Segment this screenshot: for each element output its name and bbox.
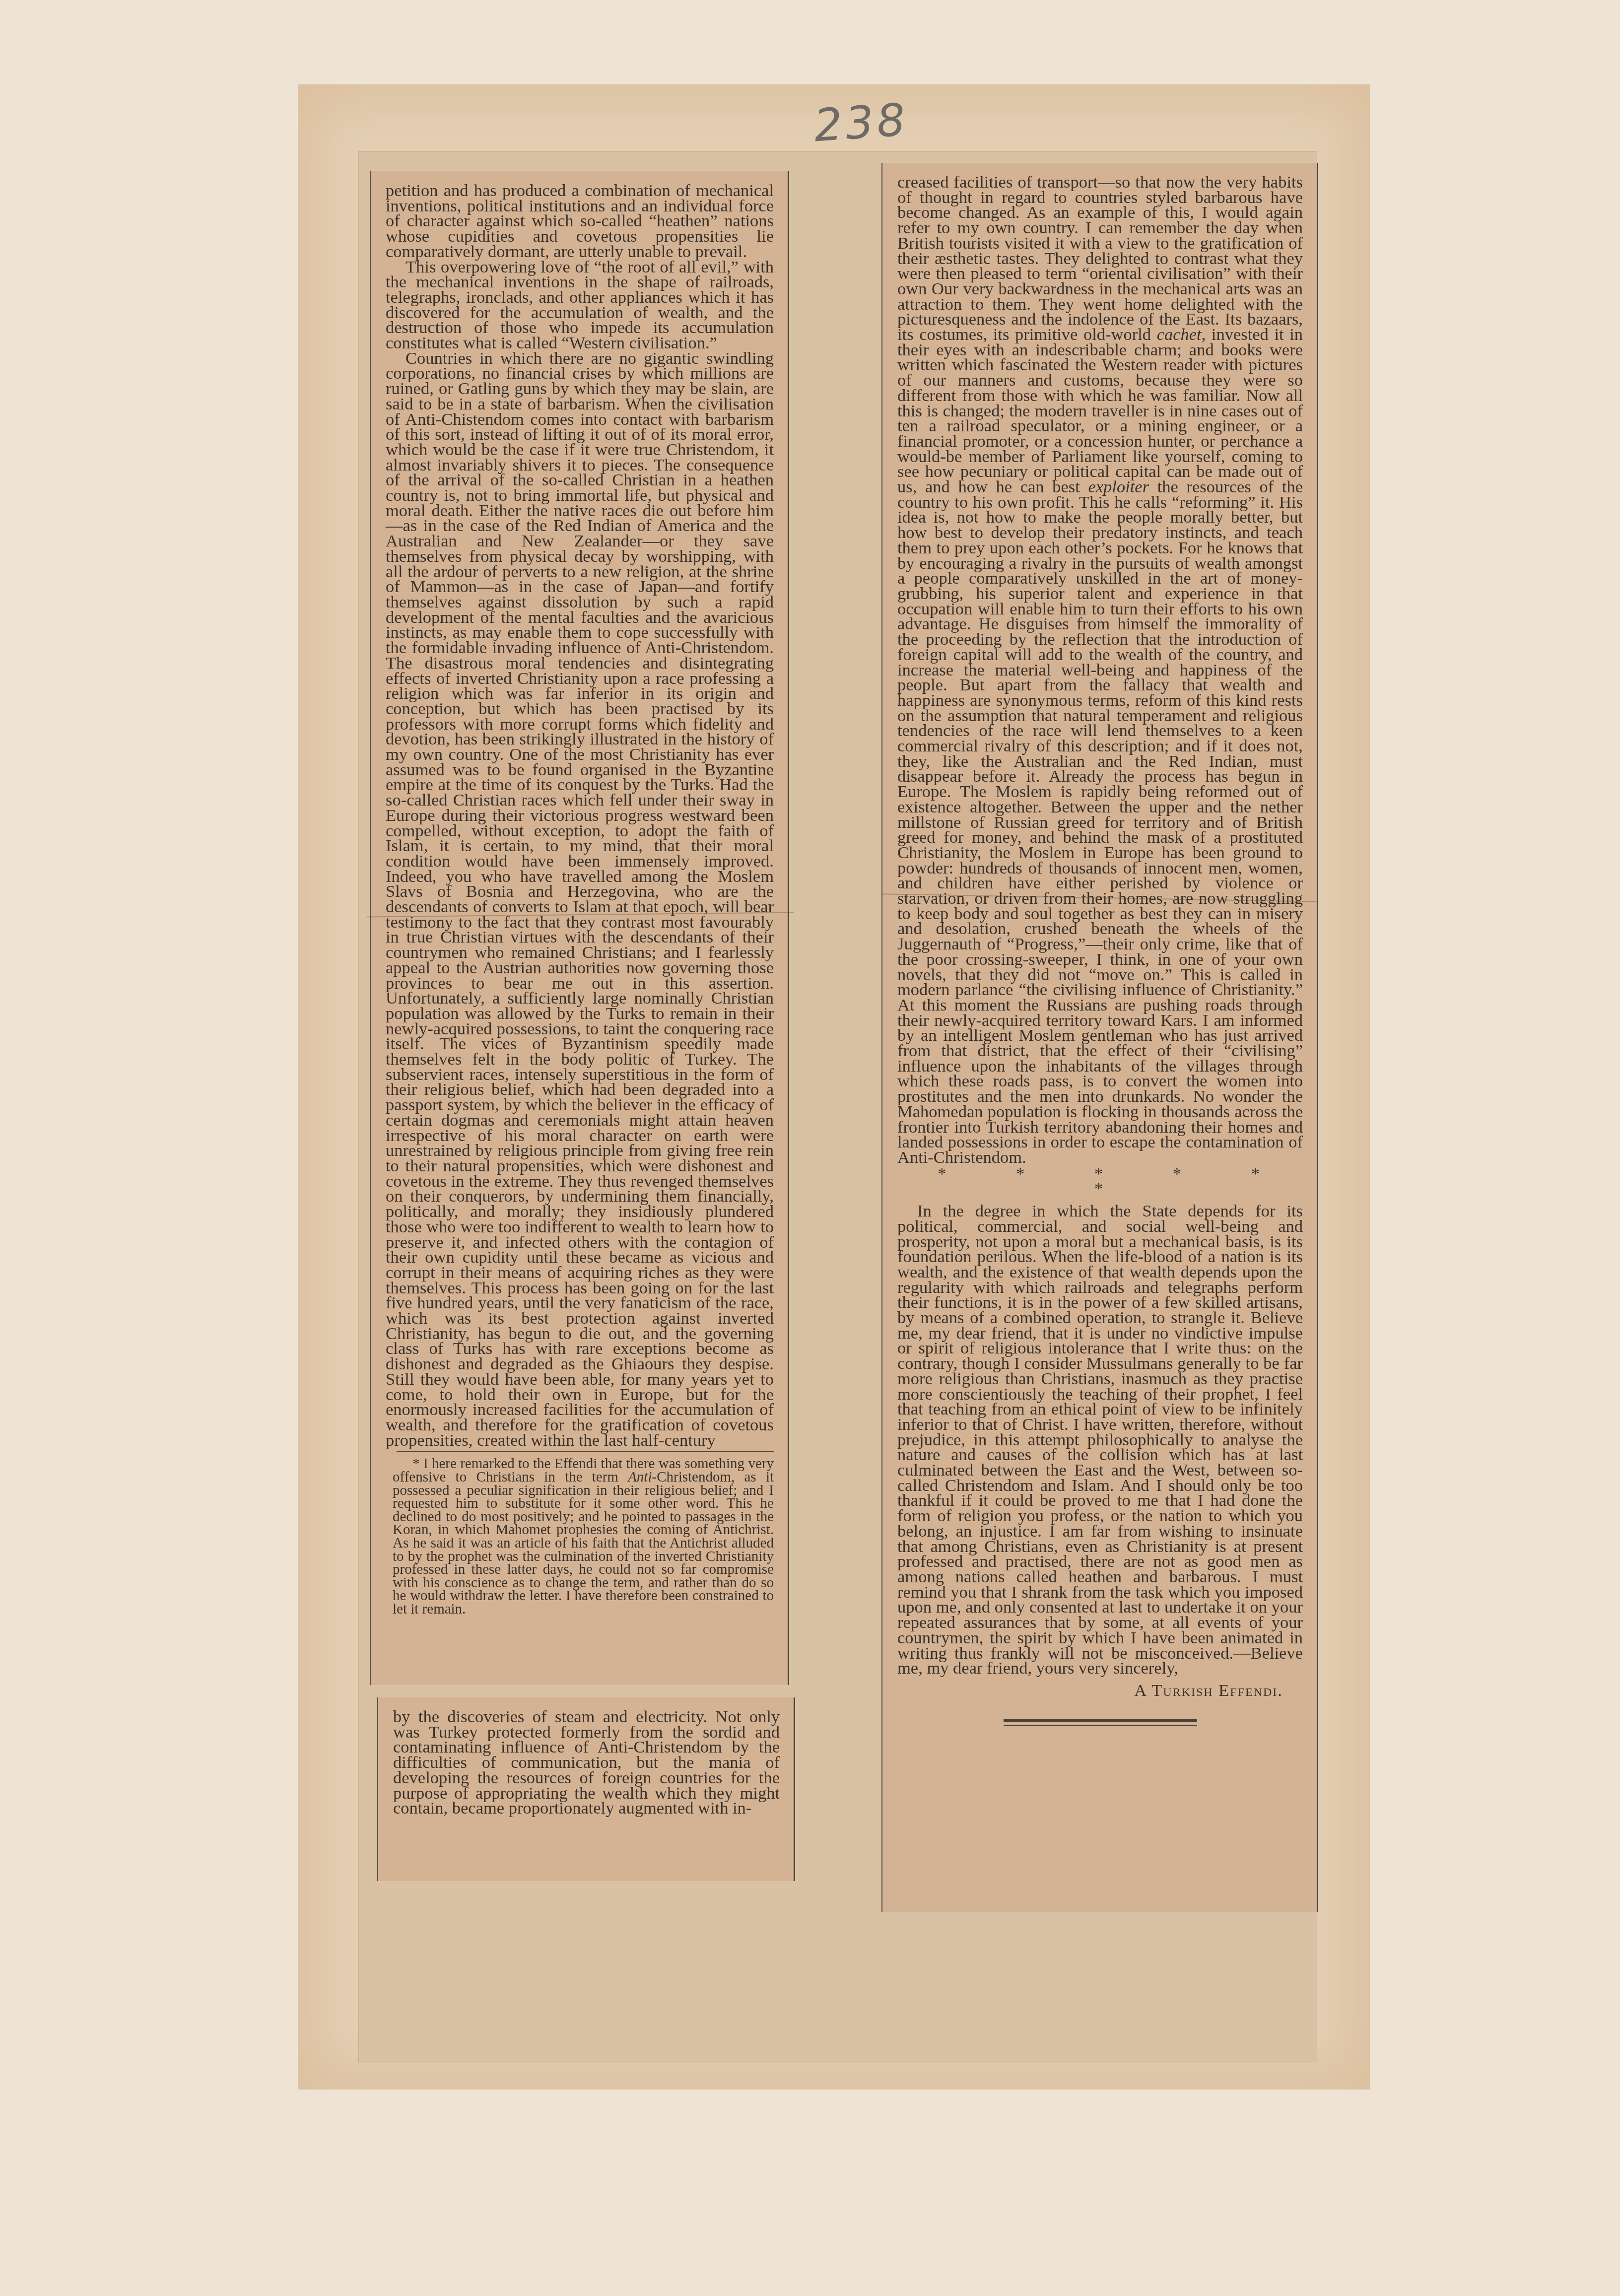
paragraph-root-of-all-evil: This overpowering love of “the root of a… [386,260,774,351]
newspaper-clipping-left-column: petition and has produced a combination … [370,171,789,1685]
signature-a-turkish-effendi: A Turkish Effendi. [897,1683,1303,1698]
paragraph-continuation: by the discoveries of steam and electric… [393,1709,780,1816]
paragraph-countries-barbarism: Countries in which there are no gigantic… [386,351,774,1448]
handwritten-folio-number: 238 [812,94,910,152]
article-end-rule [1004,1719,1197,1726]
paragraph-closing: In the degree in which the State depends… [897,1204,1303,1676]
newspaper-clipping-right-column: creased facilities of transport—so that … [881,163,1318,1912]
newspaper-clipping-continuation: by the discoveries of steam and electric… [377,1697,795,1881]
paragraph-opening: petition and has produced a combination … [386,183,774,260]
footnote: * I here remarked to the Effendi that th… [386,1457,774,1616]
section-break-asterisks: * * * * * * [897,1166,1303,1197]
footnote-divider [397,1451,774,1452]
paragraph-transport-tourists: creased facilities of transport—so that … [897,175,1303,1165]
